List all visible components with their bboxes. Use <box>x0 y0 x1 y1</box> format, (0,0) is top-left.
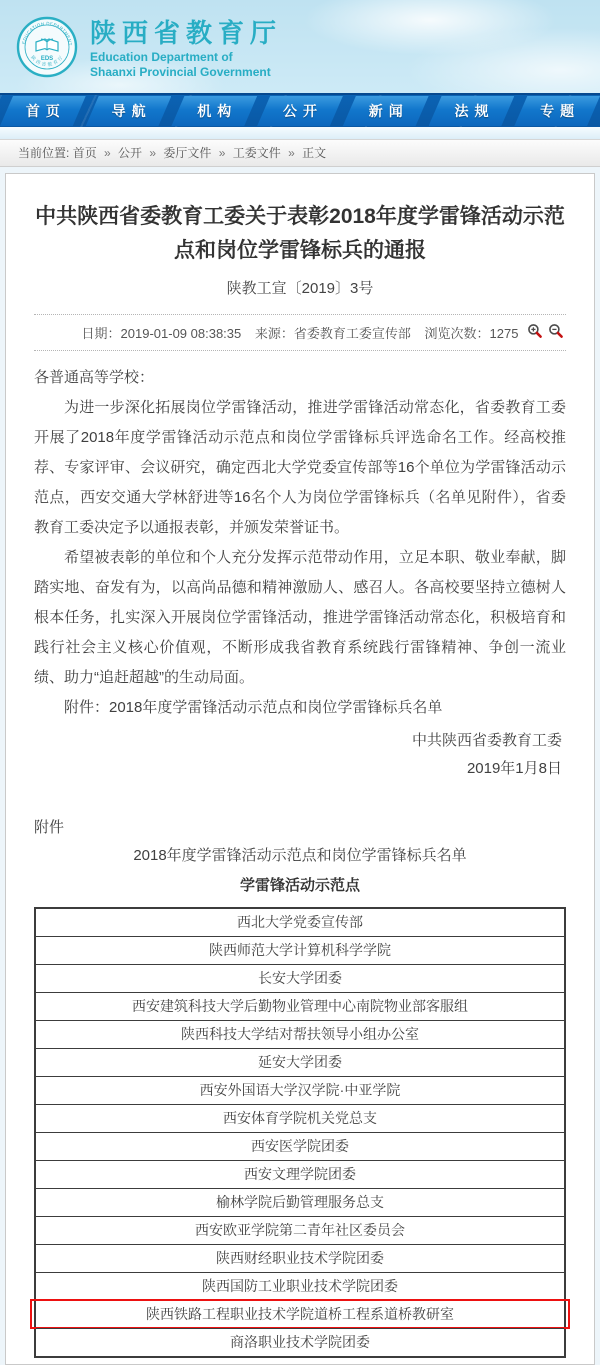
signature-org: 中共陕西省委教育工委 <box>34 727 562 755</box>
table-row: 西安建筑科技大学后勤物业管理中心南院物业部客服组 <box>36 992 564 1020</box>
eds-seal-logo-icon: EDUCATION DEPARTMENT OF SHAANXI 陕西省教育厅 E… <box>16 16 78 78</box>
main-nav: 首页导航机构公开新闻法规专题 <box>0 93 600 127</box>
table-row: 陕西科技大学结对帮扶领导小组办公室 <box>36 1020 564 1048</box>
nav-tab-5[interactable]: 新闻 <box>343 95 429 127</box>
body-paragraph: 希望被表彰的单位和个人充分发挥示范带动作用，立足本职、敬业奉献，脚踏实地、奋发有… <box>34 543 566 693</box>
attachment-label: 附件 <box>34 817 566 839</box>
table-row: 陕西铁路工程职业技术学院道桥工程系道桥教研室 <box>36 1300 564 1328</box>
page: EDUCATION DEPARTMENT OF SHAANXI 陕西省教育厅 E… <box>0 0 600 1365</box>
breadcrumb-item: 正文 <box>299 146 326 160</box>
table-row: 长安大学团委 <box>36 964 564 992</box>
breadcrumb-separator: » <box>215 146 225 160</box>
table-row: 陕西财经职业技术学院团委 <box>36 1244 564 1272</box>
body-paragraph: 附件：2018年度学雷锋活动示范点和岗位学雷锋标兵名单 <box>34 693 566 723</box>
breadcrumb-item[interactable]: 公开 <box>115 146 142 160</box>
nav-tab-2[interactable]: 导航 <box>86 95 172 127</box>
document-number: 陕教工宣〔2019〕3号 <box>34 278 566 300</box>
breadcrumb-separator: » <box>285 146 295 160</box>
body-paragraph: 各普通高等学校： <box>34 363 566 393</box>
article-body: 各普通高等学校：为进一步深化拓展岗位学雷锋活动，推进学雷锋活动常态化，省委教育工… <box>34 363 566 723</box>
nav-tab-1[interactable]: 首页 <box>0 95 86 127</box>
font-zoom-controls <box>527 323 564 339</box>
article-meta-bar: 日期：2019-01-09 08:38:35 来源：省委教育工委宣传部 浏览次数… <box>34 314 566 351</box>
table-row: 西安医学院团委 <box>36 1132 564 1160</box>
nav-tab-7[interactable]: 专题 <box>514 95 600 127</box>
nav-bottom-strip <box>0 127 600 139</box>
nav-tab-label: 法规 <box>448 101 494 121</box>
table-row: 西安文理学院团委 <box>36 1160 564 1188</box>
nav-tab-3[interactable]: 机构 <box>171 95 257 127</box>
nav-tab-label: 公开 <box>277 101 323 121</box>
table-row: 陕西国防工业职业技术学院团委 <box>36 1272 564 1300</box>
attachment-title: 2018年度学雷锋活动示范点和岗位学雷锋标兵名单 <box>34 845 566 867</box>
site-title-en-line1: Education Department of <box>90 50 282 65</box>
nav-tab-label: 首页 <box>20 101 66 121</box>
table-row: 西北大学党委宣传部 <box>36 909 564 936</box>
nav-tab-label: 专题 <box>534 101 580 121</box>
nav-tab-6[interactable]: 法规 <box>429 95 515 127</box>
breadcrumb: 当前位置: 首页 » 公开 » 委厅文件 » 工委文件 » 正文 <box>0 139 600 167</box>
table-row: 榆林学院后勤管理服务总支 <box>36 1188 564 1216</box>
breadcrumb-separator: » <box>146 146 156 160</box>
table-row: 商洛职业技术学院团委 <box>36 1328 564 1356</box>
svg-text:EDS: EDS <box>41 56 53 62</box>
signature-block: 中共陕西省委教育工委 2019年1月8日 <box>34 727 566 783</box>
article-content: 中共陕西省委教育工委关于表彰2018年度学雷锋活动示范点和岗位学雷锋标兵的通报 … <box>5 173 595 1365</box>
site-header: EDUCATION DEPARTMENT OF SHAANXI 陕西省教育厅 E… <box>0 0 600 93</box>
zoom-in-icon[interactable] <box>527 323 543 339</box>
highlight-box <box>30 1299 570 1329</box>
meta-source: 来源：省委教育工委宣传部 <box>255 326 411 341</box>
table-row: 西安外国语大学汉学院·中亚学院 <box>36 1076 564 1104</box>
breadcrumb-label: 当前位置: <box>18 146 69 160</box>
signature-date: 2019年1月8日 <box>34 755 562 783</box>
nav-tab-4[interactable]: 公开 <box>257 95 343 127</box>
site-brand: 陕西省教育厅 Education Department of Shaanxi P… <box>90 13 282 80</box>
meta-date: 日期：2019-01-09 08:38:35 <box>82 326 242 341</box>
nav-tab-label: 新闻 <box>363 101 409 121</box>
zoom-out-icon[interactable] <box>548 323 564 339</box>
meta-views: 浏览次数：1275 <box>425 326 519 341</box>
site-title-cn: 陕西省教育厅 <box>90 13 282 50</box>
breadcrumb-items: 首页 » 公开 » 委厅文件 » 工委文件 » 正文 <box>73 146 326 160</box>
table-row: 延安大学团委 <box>36 1048 564 1076</box>
site-title-en-line2: Shaanxi Provincial Government <box>90 65 282 80</box>
breadcrumb-item[interactable]: 委厅文件 <box>160 146 211 160</box>
breadcrumb-separator: » <box>101 146 111 160</box>
article-title: 中共陕西省委教育工委关于表彰2018年度学雷锋活动示范点和岗位学雷锋标兵的通报 <box>34 200 566 268</box>
attachment-table-title: 学雷锋活动示范点 <box>34 875 566 897</box>
breadcrumb-item[interactable]: 工委文件 <box>229 146 280 160</box>
nav-tab-label: 导航 <box>106 101 152 121</box>
nav-tab-label: 机构 <box>191 101 237 121</box>
table-row: 西安欧亚学院第二青年社区委员会 <box>36 1216 564 1244</box>
table-row: 西安体育学院机关党总支 <box>36 1104 564 1132</box>
table-row: 陕西师范大学计算机科学学院 <box>36 936 564 964</box>
breadcrumb-item[interactable]: 首页 <box>73 146 97 160</box>
demonstration-sites-table: 西北大学党委宣传部陕西师范大学计算机科学学院长安大学团委西安建筑科技大学后勤物业… <box>34 907 566 1358</box>
body-paragraph: 为进一步深化拓展岗位学雷锋活动，推进学雷锋活动常态化，省委教育工委开展了2018… <box>34 393 566 543</box>
